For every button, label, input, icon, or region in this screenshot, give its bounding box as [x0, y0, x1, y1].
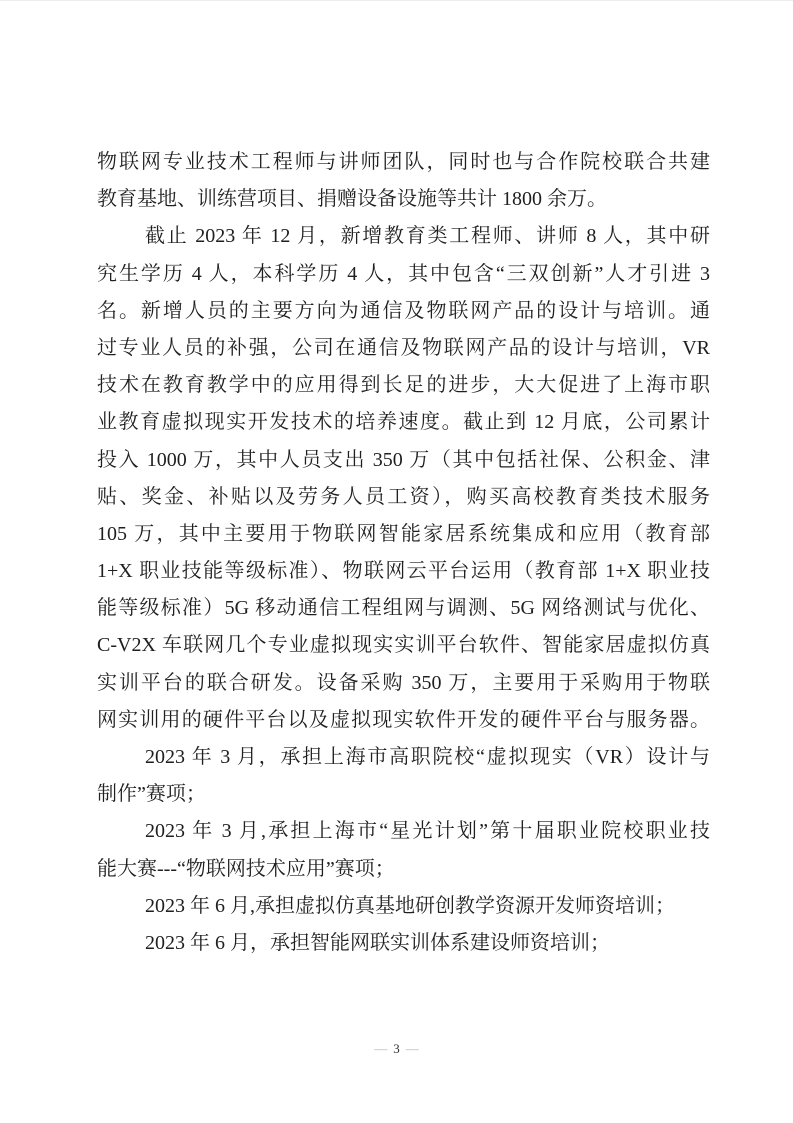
text-line: 贴、奖金、补贴以及劳务人员工资），购买高校教育类技术服务: [97, 479, 710, 516]
text-line: 能等级标准）5G 移动通信工程组网与调测、5G 网络测试与优化、: [97, 590, 710, 627]
page-number: 3: [393, 1041, 400, 1056]
text-line: 截止 2023 年 12 月，新增教育类工程师、讲师 8 人，其中研: [97, 218, 710, 255]
text-line: 实训平台的联合研发。设备采购 350 万，主要用于采购用于物联: [97, 665, 710, 702]
text-line: 投入 1000 万，其中人员支出 350 万（其中包括社保、公积金、津: [97, 442, 710, 479]
text-line: 制作”赛项；: [97, 776, 710, 813]
text-line: 2023 年 6 月,承担虚拟仿真基地研创教学资源开发师资培训；: [97, 888, 710, 925]
document-page: 物联网专业技术工程师与讲师团队，同时也与合作院校联合共建教育基地、训练营项目、捐…: [0, 0, 793, 1123]
text-line: 105 万，其中主要用于物联网智能家居系统集成和应用（教育部: [97, 516, 710, 553]
text-line: 业教育虚拟现实开发技术的培养速度。截止到 12 月底，公司累计: [97, 404, 710, 441]
text-line: 1+X 职业技能等级标准）、物联网云平台运用（教育部 1+X 职业技: [97, 553, 710, 590]
text-line: 2023 年 3 月，承担上海市高职院校“虚拟现实（VR）设计与: [97, 739, 710, 776]
text-line: 物联网专业技术工程师与讲师团队，同时也与合作院校联合共建: [97, 144, 710, 181]
text-line: 2023 年 3 月,承担上海市“星光计划”第十届职业院校职业技: [97, 813, 710, 850]
page-footer: —3—: [0, 1039, 793, 1059]
text-line: 名。新增人员的主要方向为通信及物联网产品的设计与培训。通: [97, 293, 710, 330]
text-line: 技术在教育教学中的应用得到长足的进步，大大促进了上海市职: [97, 367, 710, 404]
text-line: 究生学历 4 人，本科学历 4 人，其中包含“三双创新”人才引进 3: [97, 256, 710, 293]
text-line: C-V2X 车联网几个专业虚拟现实实训平台软件、智能家居虚拟仿真: [97, 627, 710, 664]
footer-dash-left: —: [368, 1041, 393, 1056]
footer-dash-right: —: [400, 1041, 425, 1056]
text-line: 能大赛---“物联网技术应用”赛项；: [97, 851, 710, 888]
document-body: 物联网专业技术工程师与讲师团队，同时也与合作院校联合共建教育基地、训练营项目、捐…: [97, 144, 710, 962]
text-line: 教育基地、训练营项目、捐赠设备设施等共计 1800 余万。: [97, 181, 710, 218]
text-line: 过专业人员的补强，公司在通信及物联网产品的设计与培训，VR: [97, 330, 710, 367]
text-line: 2023 年 6 月，承担智能网联实训体系建设师资培训；: [97, 925, 710, 962]
text-line: 网实训用的硬件平台以及虚拟现实软件开发的硬件平台与服务器。: [97, 702, 710, 739]
